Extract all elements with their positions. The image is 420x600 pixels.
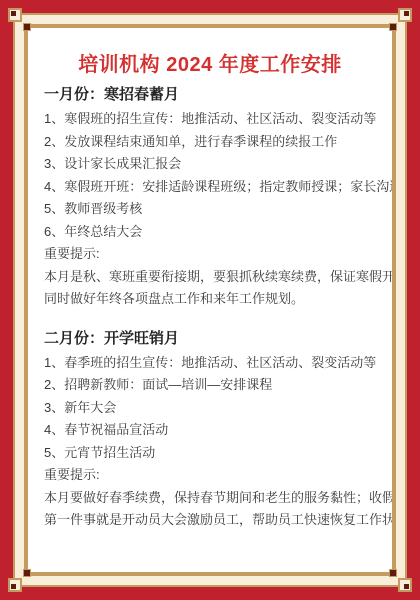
decorative-frame: 培训机构 2024 年度工作安排 一月份：寒招春蓄月 1、寒假班的招生宣传：地推… (13, 13, 407, 587)
notice-line: 第一件事就是开动员大会激励员工，帮助员工快速恢复工作状态。 (44, 509, 376, 532)
corner-dot-icon (11, 11, 16, 16)
page-content: 培训机构 2024 年度工作安排 一月份：寒招春蓄月 1、寒假班的招生宣传：地推… (28, 28, 392, 572)
month-section-january: 一月份：寒招春蓄月 1、寒假班的招生宣传：地推活动、社区活动、裂变活动等 2、发… (44, 85, 376, 311)
month-section-february: 二月份：开学旺销月 1、春季班的招生宣传：地推活动、社区活动、裂变活动等 2、招… (44, 329, 376, 532)
list-item: 3、新年大会 (44, 397, 376, 420)
corner-dot-icon (11, 584, 16, 589)
page-title: 培训机构 2024 年度工作安排 (44, 53, 376, 77)
corner-dot-icon (23, 569, 31, 577)
corner-ornament-bottom-right (388, 568, 420, 600)
list-item: 2、发放课程结束通知单，进行春季课程的续报工作 (44, 131, 376, 154)
corner-dot-icon (404, 11, 409, 16)
notice-line: 同时做好年终各项盘点工作和来年工作规划。 (44, 288, 376, 311)
corner-dot-icon (389, 23, 397, 31)
corner-ornament-top-right (388, 0, 420, 32)
notice-label: 重要提示: (44, 464, 376, 487)
section-heading-january: 一月份：寒招春蓄月 (44, 85, 376, 105)
notice-line: 本月要做好春季续费，保持春节期间和老生的服务黏性；收假后回来 (44, 487, 376, 510)
list-item: 2、招聘新教师：面试—培训—安排课程 (44, 374, 376, 397)
corner-ornament-top-left (0, 0, 32, 32)
corner-dot-icon (23, 23, 31, 31)
corner-ornament-bottom-left (0, 568, 32, 600)
list-item: 1、春季班的招生宣传：地推活动、社区活动、裂变活动等 (44, 352, 376, 375)
list-item: 5、教师晋级考核 (44, 198, 376, 221)
section-heading-february: 二月份：开学旺销月 (44, 329, 376, 349)
list-item: 4、春节祝福品宣活动 (44, 419, 376, 442)
notice-line: 本月是秋、寒班重要衔接期，要狠抓秋续寒续费，保证寒假开课质量； (44, 266, 376, 289)
list-item: 1、寒假班的招生宣传：地推活动、社区活动、裂变活动等 (44, 108, 376, 131)
list-item: 6、年终总结大会 (44, 221, 376, 244)
list-item: 5、元宵节招生活动 (44, 442, 376, 465)
list-item: 3、设计家长成果汇报会 (44, 153, 376, 176)
corner-dot-icon (404, 584, 409, 589)
corner-dot-icon (389, 569, 397, 577)
decorative-frame-inner: 培训机构 2024 年度工作安排 一月份：寒招春蓄月 1、寒假班的招生宣传：地推… (24, 24, 396, 576)
notice-label: 重要提示: (44, 243, 376, 266)
poster-background: 培训机构 2024 年度工作安排 一月份：寒招春蓄月 1、寒假班的招生宣传：地推… (0, 0, 420, 600)
list-item: 4、寒假班开班：安排适龄课程班级；指定教师授课；家长沟通 (44, 176, 376, 199)
